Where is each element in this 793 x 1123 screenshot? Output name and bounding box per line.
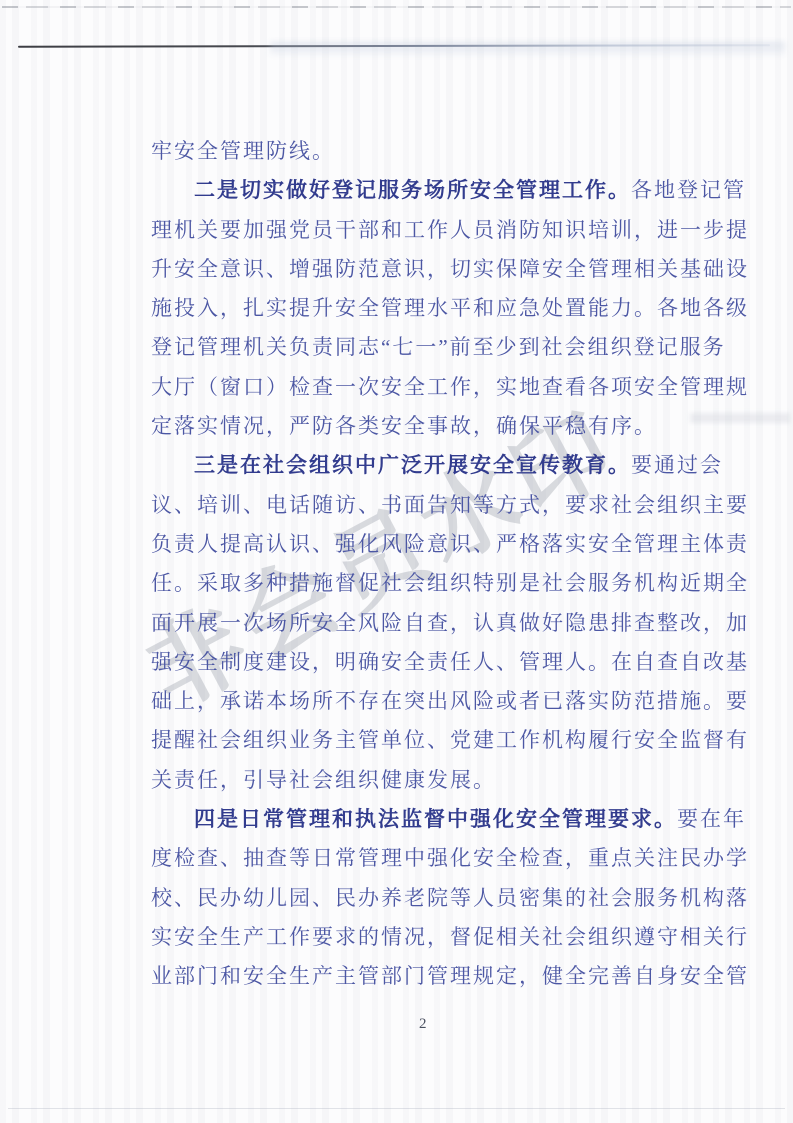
document-body: 牢安全管理防线。二是切实做好登记服务场所安全管理工作。各地登记管理机关要加强党员… [151, 132, 791, 997]
text-line: 升安全意识、增强防范意识，切实保障安全管理相关基础设 [151, 250, 791, 289]
text-segment: 提醒社会组织业务主管单位、党建工作机构履行安全监督有 [151, 728, 749, 752]
text-segment: 施投入，扎实提升安全管理水平和应急处置能力。各地各级 [151, 296, 749, 320]
text-line: 登记管理机关负责同志“七一”前至少到社会组织登记服务 [151, 328, 791, 367]
text-segment: 大厅（窗口）检查一次安全工作，实地查看各项安全管理规 [151, 375, 749, 399]
text-line: 议、培训、电话随访、书面告知等方式，要求社会组织主要 [151, 486, 791, 525]
text-segment: 要通过会 [631, 453, 723, 477]
text-segment: 各地登记管 [631, 178, 746, 202]
text-line: 四是日常管理和执法监督中强化安全管理要求。要在年 [151, 800, 791, 839]
text-segment: 础上，承诺本场所不存在突出风险或者已落实防范措施。要 [151, 689, 749, 713]
scan-artifact-wash [270, 42, 785, 56]
text-line: 三是在社会组织中广泛开展安全宣传教育。要通过会 [151, 446, 791, 485]
text-segment: 任。采取多种措施督促社会组织特别是社会服务机构近期全 [151, 571, 749, 595]
scan-artifact-top-dashes [2, 6, 791, 8]
text-segment: 负责人提高认识、强化风险意识、严格落实安全管理主体责 [151, 532, 749, 556]
text-segment: 实安全生产工作要求的情况，督促相关社会组织遵守相关行 [151, 925, 749, 949]
text-segment: 度检查、抽查等日常管理中强化安全检查，重点关注民办学 [151, 846, 749, 870]
text-line: 强安全制度建设，明确安全责任人、管理人。在自查自改基 [151, 643, 791, 682]
text-segment: 强安全制度建设，明确安全责任人、管理人。在自查自改基 [151, 650, 749, 674]
text-segment: 定落实情况，严防各类安全事故，确保平稳有序。 [151, 414, 657, 438]
page-number: 2 [419, 1016, 427, 1033]
text-line: 关责任，引导社会组织健康发展。 [151, 761, 791, 800]
text-line: 定落实情况，严防各类安全事故，确保平稳有序。 [151, 407, 791, 446]
text-line: 校、民办幼儿园、民办养老院等人员密集的社会服务机构落 [151, 879, 791, 918]
text-segment: 理机关要加强党员干部和工作人员消防知识培训，进一步提 [151, 218, 749, 242]
text-segment-bold: 三是在社会组织中广泛开展安全宣传教育。 [194, 453, 631, 477]
text-segment: 校、民办幼儿园、民办养老院等人员密集的社会服务机构落 [151, 886, 749, 910]
text-segment: 关责任，引导社会组织健康发展。 [151, 768, 496, 792]
text-line: 提醒社会组织业务主管单位、党建工作机构履行安全监督有 [151, 721, 791, 760]
text-segment-bold: 二是切实做好登记服务场所安全管理工作。 [194, 178, 631, 202]
text-segment: 面开展一次场所安全风险自查，认真做好隐患排查整改，加 [151, 611, 749, 635]
text-segment-bold: 四是日常管理和执法监督中强化安全管理要求。 [194, 807, 677, 831]
text-line: 理机关要加强党员干部和工作人员消防知识培训，进一步提 [151, 211, 791, 250]
text-line: 任。采取多种措施督促社会组织特别是社会服务机构近期全 [151, 564, 791, 603]
text-line: 二是切实做好登记服务场所安全管理工作。各地登记管 [151, 171, 791, 210]
text-line: 负责人提高认识、强化风险意识、严格落实安全管理主体责 [151, 525, 791, 564]
text-segment: 业部门和安全生产主管部门管理规定，健全完善自身安全管 [151, 964, 749, 988]
text-segment: 牢安全管理防线。 [151, 139, 335, 163]
text-segment: 升安全意识、增强防范意识，切实保障安全管理相关基础设 [151, 257, 749, 281]
scan-artifact-bottom-line [8, 1108, 785, 1109]
text-line: 牢安全管理防线。 [151, 132, 791, 171]
text-line: 础上，承诺本场所不存在突出风险或者已落实防范措施。要 [151, 682, 791, 721]
scanned-document-page: 非会员水印 牢安全管理防线。二是切实做好登记服务场所安全管理工作。各地登记管理机… [0, 0, 793, 1123]
text-line: 度检查、抽查等日常管理中强化安全检查，重点关注民办学 [151, 839, 791, 878]
text-segment: 议、培训、电话随访、书面告知等方式，要求社会组织主要 [151, 493, 749, 517]
text-line: 实安全生产工作要求的情况，督促相关社会组织遵守相关行 [151, 918, 791, 957]
text-segment: 要在年 [677, 807, 746, 831]
text-line: 面开展一次场所安全风险自查，认真做好隐患排查整改，加 [151, 604, 791, 643]
text-segment: 登记管理机关负责同志“七一”前至少到社会组织登记服务 [151, 335, 726, 359]
text-line: 大厅（窗口）检查一次安全工作，实地查看各项安全管理规 [151, 368, 791, 407]
text-line: 业部门和安全生产主管部门管理规定，健全完善自身安全管 [151, 957, 791, 996]
text-line: 施投入，扎实提升安全管理水平和应急处置能力。各地各级 [151, 289, 791, 328]
